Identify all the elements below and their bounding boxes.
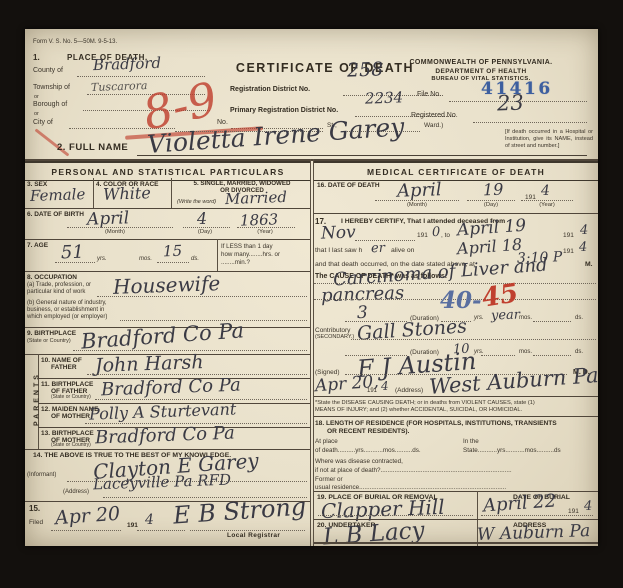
occupation-a-line2: particular kind of work <box>27 289 85 296</box>
personal-section-title: PERSONAL AND STATISTICAL PARTICULARS <box>25 161 311 181</box>
age-years-value: 51 <box>61 244 85 263</box>
occupation-b-line3: which employed (or employer) <box>27 314 107 321</box>
duration1-hand-word: year <box>491 308 520 322</box>
birthplace-value: Bradford Co Pa <box>80 320 244 352</box>
last-saw-year-print: 191 <box>563 248 574 255</box>
former-line1: Former or <box>315 476 343 483</box>
yrs-caption: yrs. <box>474 315 484 322</box>
dotted-leader <box>67 227 173 228</box>
date-of-burial-value: April 22 <box>482 492 556 515</box>
filed-date-value: Apr 20 <box>54 505 120 529</box>
duration1-value: 3 <box>357 305 368 322</box>
row-divider <box>314 416 598 417</box>
date-of-death-label: 16. DATE OF DEATH <box>317 182 380 189</box>
dotted-leader <box>97 296 307 297</box>
footnote-line2: MEANS OF INJURY; and (2) whether ACCIDEN… <box>315 407 522 414</box>
registered-no-label: Registered No. <box>411 112 458 120</box>
last-saw-post: alive on <box>391 247 414 255</box>
at-place-line1: At place <box>315 438 338 445</box>
row-divider <box>25 271 311 272</box>
birthplace-note: (State or Country) <box>27 338 71 344</box>
dotted-leader <box>481 515 593 516</box>
age-label: 7. AGE <box>27 242 48 249</box>
dotted-leader <box>481 355 515 356</box>
mother-maiden-value: Polly A Sturtevant <box>89 401 237 422</box>
form-number: Form V. S. No. 5—50M. 9-5-13. <box>33 39 117 46</box>
county-value-handwritten: Bradford <box>93 56 162 73</box>
to-year-hand: 4 <box>580 224 589 237</box>
mos-caption: mos. <box>139 256 152 263</box>
last-saw-pre: that I last saw h <box>315 247 362 255</box>
less-than-day-line2: how many........hrs. or <box>221 251 280 258</box>
row-divider <box>25 208 311 209</box>
dotted-leader <box>375 200 459 201</box>
father-birthplace-value: Bradford Co Pa <box>101 377 241 400</box>
primary-registration-value: 2234 <box>365 90 404 106</box>
ds-caption: ds. <box>575 315 583 322</box>
full-name-underline <box>137 155 587 156</box>
birth-day-value: 4 <box>197 211 208 227</box>
occupation-value: Housewife <box>113 273 221 297</box>
residence-label-line2: OR RECENT RESIDENTS). <box>327 428 409 436</box>
less-than-day-line1: If LESS than 1 day <box>221 243 273 250</box>
dotted-leader <box>183 227 230 228</box>
bottom-rule <box>314 542 598 544</box>
informant-address-value: Laceyville Pa RFD <box>93 473 231 493</box>
father-name-label2: FATHER <box>51 364 77 371</box>
father-name-value: John Harsh <box>95 353 204 376</box>
occupation-b-line2: business, or establishment in <box>27 307 104 314</box>
mother-birthplace-note: (State or Country) <box>51 443 91 449</box>
dotted-leader <box>355 240 415 241</box>
ds-caption: ds. <box>575 349 583 356</box>
or-word: or <box>34 94 39 100</box>
occupation-label: 8. OCCUPATION <box>27 274 77 281</box>
cell-divider <box>171 178 172 208</box>
row-divider <box>25 239 311 240</box>
signed-year-hand: 4 <box>381 380 389 392</box>
local-registrar-label: Local Registrar <box>227 532 280 539</box>
dotted-leader <box>351 339 596 340</box>
township-label: Township of <box>33 84 70 92</box>
dotted-leader <box>533 355 571 356</box>
mos-caption: mos. <box>519 349 532 356</box>
full-name-label: 2. FULL NAME <box>57 143 128 154</box>
state-line: State...........yrs...........mos.......… <box>463 447 561 454</box>
filed-year-print: 191 <box>127 522 138 529</box>
death-year-hand: 4 <box>541 184 550 198</box>
month-caption: (Month) <box>397 202 437 209</box>
death-month-value: April <box>397 181 442 201</box>
signed-year-print: 191 <box>367 388 377 395</box>
sex-value: Female <box>30 187 86 204</box>
undertaker-value: L B Lacy <box>322 519 425 549</box>
commonwealth-line: COMMONWEALTH OF PENNSYLVANIA. <box>372 59 590 67</box>
dotted-leader <box>87 374 307 375</box>
mos-caption: mos. <box>519 315 532 322</box>
color-race-value: White <box>103 185 151 203</box>
contracted-line1: Where was disease contracted, <box>315 458 403 465</box>
ds-caption: ds. <box>191 256 199 263</box>
residence-label-line1: 18. LENGTH OF RESIDENCE (FOR HOSPITALS, … <box>315 420 557 428</box>
day-caption: (Day) <box>471 202 511 209</box>
to-label: , to <box>441 232 450 239</box>
city-label: City of <box>33 119 53 127</box>
last-saw-value: April 18 <box>457 237 523 258</box>
secondary-label: (SECONDARY.) <box>315 334 354 340</box>
footnote-line1: *State the DISEASE CAUSING DEATH; or in … <box>315 400 535 407</box>
cell-divider <box>217 239 218 271</box>
in-the-label: In the <box>463 438 479 445</box>
burial-year-hand: 4 <box>584 500 593 513</box>
occupation-a-line1: (a) Trade, profession, or <box>27 282 91 289</box>
informant-label: (Informant) <box>27 472 56 479</box>
write-the-word-note: (Write the word) <box>177 199 216 205</box>
row-divider <box>314 396 598 397</box>
department-line: DEPARTMENT OF HEALTH <box>372 68 590 75</box>
death-certificate-document: Form V. S. No. 5—50M. 9-5-13. 1. PLACE O… <box>25 29 598 546</box>
year-caption: (Year) <box>527 202 567 209</box>
county-label: County of <box>33 67 63 75</box>
place-of-burial-value: Clapper Hill <box>321 497 445 521</box>
yrs-caption: yrs. <box>97 256 107 263</box>
cell-divider <box>93 178 94 208</box>
dotted-leader <box>137 530 185 531</box>
filed-label: Filed <box>29 519 43 526</box>
ward-label: Ward.) <box>424 122 443 129</box>
marital-value: Married <box>225 190 287 207</box>
month-caption: (Month) <box>95 229 135 236</box>
dotted-leader <box>237 227 295 228</box>
signed-address-label: (Address) <box>395 387 423 394</box>
time-m-label: M. <box>585 261 593 269</box>
item-15-number: 15. <box>29 504 40 513</box>
dotted-leader <box>51 530 121 531</box>
mother-maiden-label2: OF MOTHER <box>51 413 90 420</box>
item-1-number: 1. <box>33 53 40 62</box>
registration-district-label: Registration District No. <box>230 86 310 94</box>
mother-birthplace-value: Bradford Co Pa <box>95 425 235 448</box>
date-of-birth-label: 6. DATE OF BIRTH <box>27 211 84 218</box>
dotted-leader <box>190 530 305 531</box>
day-caption: (Day) <box>185 229 225 236</box>
last-saw-year-hand: 4 <box>579 241 588 254</box>
dotted-leader <box>318 515 473 516</box>
column-divider <box>313 159 314 546</box>
dotted-leader <box>157 262 189 263</box>
year-caption: (Year) <box>245 229 285 236</box>
dotted-leader <box>473 122 587 123</box>
from-year-print: 191 <box>417 232 428 239</box>
birthplace-label: 9. BIRTHPLACE <box>27 330 76 337</box>
undertaker-address-value: W Auburn Pa <box>477 523 591 544</box>
from-year-hand: 0 <box>432 226 441 239</box>
occupation-b-line1: (b) General nature of industry, <box>27 300 107 307</box>
hospital-note: [If death occurred in a Hospital or Inst… <box>505 129 593 150</box>
filed-year-hand: 4 <box>145 513 154 527</box>
informant-address-label: (Address) <box>63 489 89 496</box>
birth-month-value: April <box>87 210 130 228</box>
contracted-line2: if not at place of death?...............… <box>315 467 512 474</box>
row-divider <box>314 213 598 214</box>
registered-no-value: 23 <box>497 93 524 115</box>
dotted-leader <box>521 200 573 201</box>
column-divider <box>310 159 311 546</box>
row-divider <box>25 449 311 450</box>
or-word: or <box>34 111 39 117</box>
medical-section-title: MEDICAL CERTIFICATE OF DEATH <box>314 161 598 181</box>
row-divider <box>314 519 598 520</box>
age-days-value: 15 <box>163 244 183 260</box>
at-place-line2: of death..........yrs...........mos.....… <box>315 447 421 454</box>
to-year-print: 191 <box>563 232 574 239</box>
registrar-signature: E B Strong <box>172 494 307 527</box>
death-day-value: 19 <box>483 182 504 199</box>
dotted-leader <box>55 262 95 263</box>
last-saw-her-hand: er <box>371 242 385 255</box>
borough-label: Borough of <box>33 101 67 109</box>
primary-registration-label: Primary Registration District No. <box>230 107 338 115</box>
attended-from-value: Nov <box>321 224 356 242</box>
file-no-label: File No. <box>417 91 441 99</box>
father-birthplace-note: (State or Country) <box>51 395 91 401</box>
dotted-leader <box>533 321 571 322</box>
blue-pencil-annotation: 40- <box>440 287 482 314</box>
less-than-day-line3: ........min.? <box>221 259 250 266</box>
dotted-leader <box>467 200 515 201</box>
